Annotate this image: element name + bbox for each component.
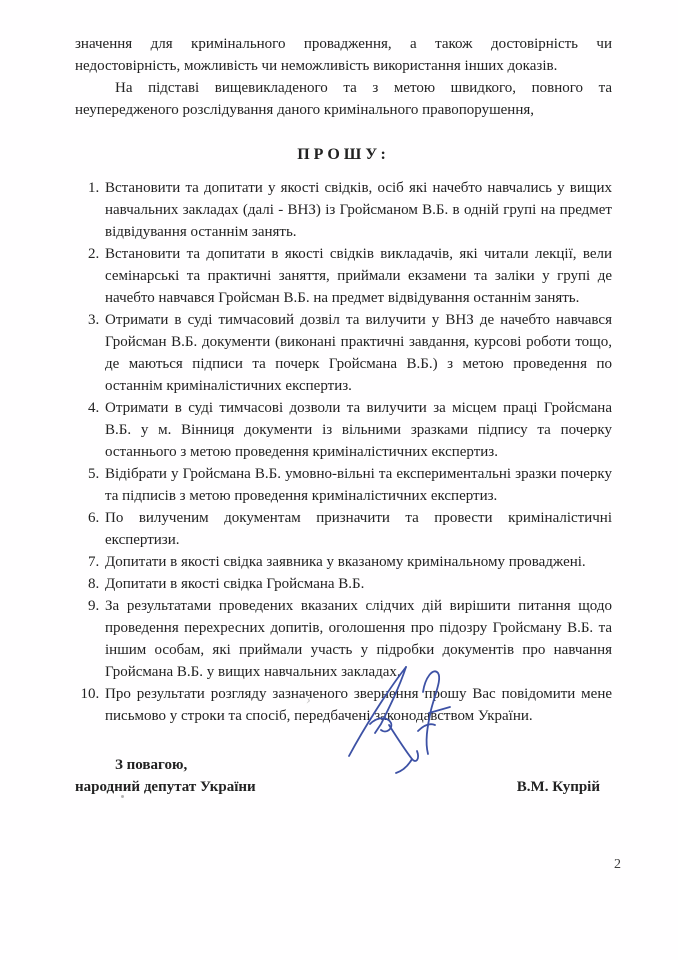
signer-name: В.М. Купрій <box>517 776 600 798</box>
list-item: Допитати в якості свідка заявника у вказ… <box>103 551 612 573</box>
list-item: По вилученим документам призначити та пр… <box>103 507 612 551</box>
list-item: Про результати розгляду зазначеного звер… <box>103 683 612 727</box>
closing-salutation: З повагою, <box>115 754 256 776</box>
request-list: Встановити та допитати у якості свідків,… <box>75 177 612 727</box>
paragraph-continuation: значення для кримінального провадження, … <box>75 33 612 77</box>
closing-block: З повагою, народний депутат України В.М.… <box>75 754 612 798</box>
list-item: Встановити та допитати в якості свідків … <box>103 243 612 309</box>
list-item: Допитати в якості свідка Гройсмана В.Б. <box>103 573 612 595</box>
signer-role: народний депутат України <box>75 776 256 798</box>
list-item: Відібрати у Гройсмана В.Б. умовно-вільні… <box>103 463 612 507</box>
document-content: значення для кримінального провадження, … <box>75 33 612 798</box>
list-item: Встановити та допитати у якості свідків,… <box>103 177 612 243</box>
list-item: Отримати в суді тимчасові дозволи та вил… <box>103 397 612 463</box>
section-heading-proshu: ПРОШУ: <box>75 146 612 164</box>
closing-left: З повагою, народний депутат України <box>75 754 256 798</box>
list-item: За результатами проведених вказаних слід… <box>103 595 612 683</box>
scan-speck <box>121 795 124 798</box>
page-number: 2 <box>614 857 621 873</box>
list-item: Отримати в суді тимчасовий дозвіл та вил… <box>103 309 612 397</box>
document-page: значення для кримінального провадження, … <box>0 0 678 960</box>
paragraph-basis: На підставі вищевикладеного та з метою ш… <box>75 77 612 121</box>
